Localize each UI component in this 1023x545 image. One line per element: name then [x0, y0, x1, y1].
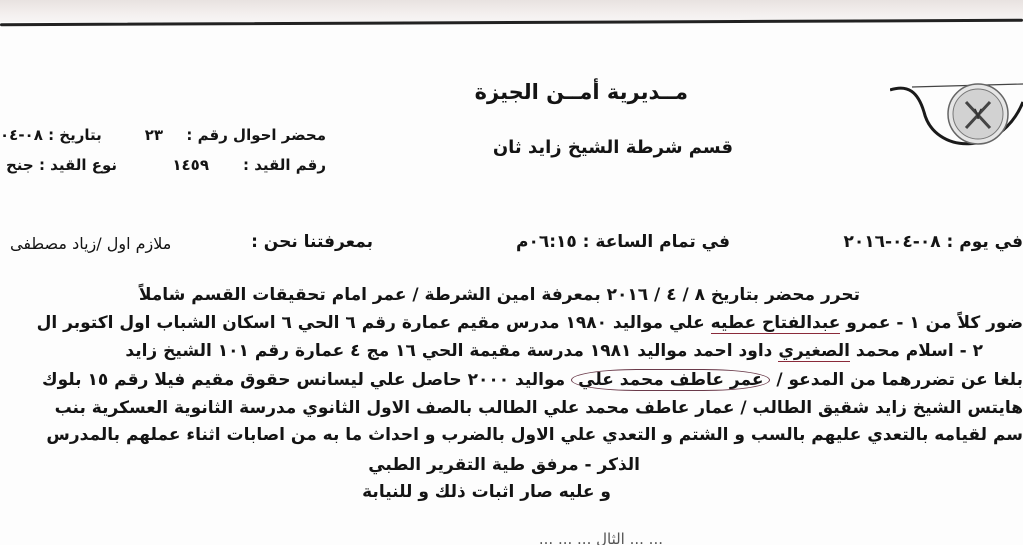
body-line-4-prefix: بلغا عن تضررهما من المدعو / [770, 370, 1023, 390]
officer-label: بمعرفتنا نحن : [251, 232, 373, 252]
entry-type: نوع القيد : جنح [6, 156, 117, 174]
scanned-page-edge [0, 0, 1023, 22]
body-line-2-suffix: علي مواليد ١٩٨٠ مدرس مقيم عمارة رقم ٦ ال… [37, 313, 711, 333]
day-field: في يوم : ٠٨-٠٤-٢٠١٦ [843, 232, 1023, 252]
underlined-name: عبدالفتاح عطيه [711, 313, 841, 334]
circled-accused-name: عمر عاطف محمد علي [571, 369, 770, 391]
report-number-value: ٢٣ [145, 126, 163, 144]
time-field: في تمام الساعة : ٠٦:١٥م [516, 232, 730, 252]
svg-text:٧: ٧ [974, 104, 983, 123]
body-line-4-suffix: مواليد ٢٠٠٠ حاصل علي ليسانس حقوق مقيم في… [42, 370, 571, 390]
body-line-2-prefix: ضور كلاً من ١ - عمرو [840, 313, 1023, 333]
body-line-1: تحرر محضر بتاريخ ٨ / ٤ / ٢٠١٦ بمعرفة امي… [139, 285, 860, 305]
report-date: بتاريخ : ٠٨-٠٤ [0, 126, 102, 144]
body-line-3: ٢ - اسلام محمد الصغيري داود احمد مواليد … [125, 341, 983, 361]
underlined-name: الصغيري [778, 341, 850, 362]
directorate-title: مــديرية أمــن الجيزة [475, 80, 688, 104]
body-line-2: ضور كلاً من ١ - عمرو عبدالفتاح عطيه علي … [37, 313, 1023, 333]
police-emblem-icon: ٧ [890, 62, 1023, 162]
body-line-8: و عليه صار اثبات ذلك و للنيابة [362, 482, 611, 502]
body-line-4: بلغا عن تضررهما من المدعو / عمر عاطف محم… [42, 370, 1023, 390]
entry-number-value: ١٤٥٩ [172, 156, 209, 174]
report-number-label: محضر احوال رقم : [186, 126, 326, 144]
cut-off-line: ... ... الثال ... ... ... [539, 530, 663, 545]
body-line-7: الذكر - مرفق طية التقرير الطبي [368, 455, 640, 475]
body-line-5: هايتس الشيخ زايد شقيق الطالب / عمار عاطف… [55, 398, 1023, 418]
body-line-3-suffix: داود احمد مواليد ١٩٨١ مدرسة مقيمة الحي ١… [125, 341, 778, 361]
body-line-3-prefix: ٢ - اسلام محمد [850, 341, 983, 361]
officer-value: ملازم اول /زياد مصطفى [10, 234, 171, 253]
body-line-6: سم لقيامه بالتعدي عليهم بالسب و الشتم و … [46, 425, 1023, 445]
entry-number-label: رقم القيد : [243, 156, 326, 174]
station-name: قسم شرطة الشيخ زايد ثان [493, 137, 733, 158]
